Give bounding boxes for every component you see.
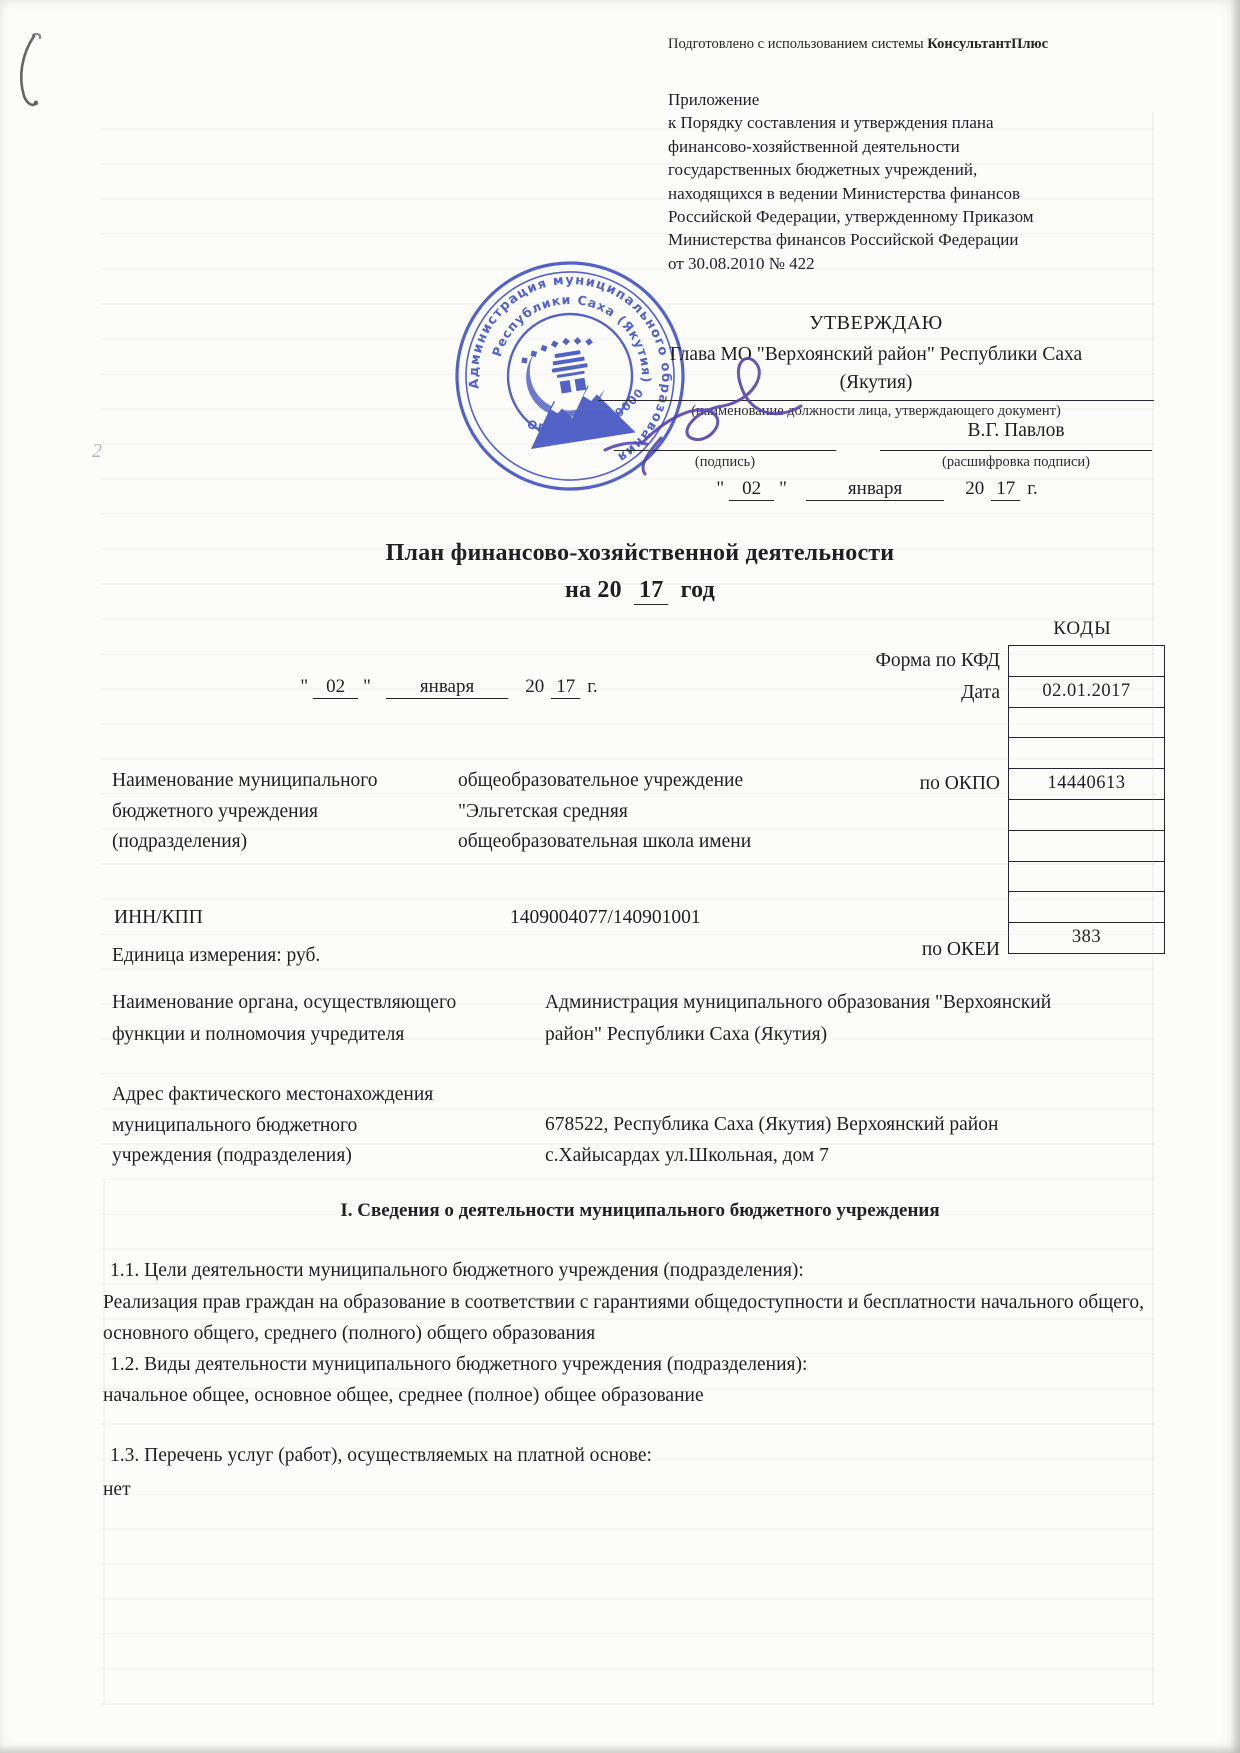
- form-date-year: 17: [551, 676, 580, 699]
- section1-p1-text: Реализация прав граждан на образование в…: [103, 1287, 1165, 1349]
- form-date-suffix: г.: [587, 676, 597, 698]
- approval-date: " 02 " января 20 17 г.: [628, 478, 1128, 501]
- label-line: Адрес фактического местонахождения: [112, 1080, 512, 1111]
- institution-name-value: общеобразовательное учреждение "Эльгетск…: [458, 766, 798, 858]
- name-line: [880, 450, 1152, 451]
- codes-table: 02.01.2017 14440613 383: [1008, 645, 1165, 954]
- bleed-line: [100, 1073, 1156, 1075]
- quote: ": [300, 676, 308, 698]
- bleed-line: [100, 1423, 1156, 1425]
- watermark: Подготовлено с использованием системы Ко…: [668, 36, 1048, 53]
- section1-p3-label: 1.3. Перечень услуг (работ), осуществляе…: [110, 1440, 1170, 1471]
- appendix-line: Российской Федерации, утвержденному Прик…: [668, 205, 1034, 228]
- watermark-prefix: Подготовлено с использованием системы: [668, 36, 924, 52]
- approval-date-suffix: г.: [1027, 478, 1037, 500]
- bleed-line: [100, 1598, 1156, 1600]
- founder-value: Администрация муниципального образования…: [545, 987, 1155, 1051]
- label-okpo: по ОКПО: [800, 773, 1000, 795]
- bleed-line: [100, 863, 1156, 865]
- quote: ": [779, 478, 787, 500]
- document-title-year: на 20 17 год: [120, 577, 1160, 605]
- approval-date-day: 02: [729, 478, 774, 501]
- bleed-line: [100, 1178, 1156, 1180]
- quote: ": [716, 478, 724, 500]
- value-line: район" Республики Саха (Якутия): [545, 1019, 1155, 1051]
- value-line: 678522, Республика Саха (Якутия) Верхоян…: [545, 1110, 1125, 1141]
- appendix-line: финансово-хозяйственной деятельности: [668, 135, 1034, 158]
- title-year: 17: [634, 577, 668, 605]
- bleed-line: [100, 1633, 1156, 1635]
- bleed-line: [100, 758, 1156, 760]
- staple-mark: [14, 30, 50, 118]
- bleed-vertical-line: [103, 1180, 105, 1705]
- appendix-line: Приложение: [668, 88, 1034, 111]
- form-date-month: января: [386, 676, 508, 699]
- appendix-line: к Порядку составления и утверждения план…: [668, 111, 1034, 134]
- label-line: муниципального бюджетного: [112, 1111, 512, 1142]
- name-caption: (расшифровка подписи): [880, 454, 1152, 471]
- approval-date-year: 17: [991, 478, 1020, 501]
- label-line: (подразделения): [112, 827, 457, 858]
- scanned-document-page: 2 Подготовлено с использованием системы …: [0, 0, 1240, 1753]
- form-date-day: 02: [313, 676, 358, 699]
- address-value: 678522, Республика Саха (Якутия) Верхоян…: [545, 1110, 1125, 1171]
- value-line: Администрация муниципального образования…: [545, 987, 1155, 1019]
- title-year-suffix: год: [681, 577, 715, 603]
- appendix-block: Приложение к Порядку составления и утвер…: [668, 88, 1034, 275]
- codes-cell-kfd: [1009, 646, 1164, 676]
- codes-heading: КОДЫ: [1005, 618, 1160, 640]
- bleed-line: [100, 723, 1156, 725]
- value-line: общеобразовательное учреждение: [458, 766, 798, 797]
- label-line: Наименование органа, осуществляющего: [112, 987, 532, 1019]
- page-edge-shadow: [1230, 0, 1240, 1753]
- document-title: План финансово-хозяйственной деятельност…: [120, 540, 1160, 567]
- codes-cell: [1009, 799, 1164, 830]
- codes-cell: [1009, 891, 1164, 922]
- section1-heading: I. Сведения о деятельности муниципальног…: [120, 1200, 1160, 1222]
- label-date: Дата: [800, 682, 1000, 704]
- form-date-year-prefix: 20: [525, 676, 544, 698]
- inn-kpp-label: ИНН/КПП: [114, 903, 203, 934]
- approval-date-year-prefix: 20: [965, 478, 984, 500]
- form-date: " 02 " января 20 17 г.: [300, 676, 600, 699]
- approval-date-month: января: [806, 478, 944, 501]
- codes-cell: [1009, 737, 1164, 768]
- codes-cell-okpo: 14440613: [1009, 768, 1164, 799]
- bleed-line: [100, 898, 1156, 900]
- codes-cell-okei: 383: [1009, 922, 1164, 953]
- bleed-line: [100, 1563, 1156, 1565]
- section1-p2-label: 1.2. Виды деятельности муниципального бю…: [110, 1349, 1170, 1380]
- unit-label: Единица измерения: руб.: [112, 941, 320, 972]
- label-line: бюджетного учреждения: [112, 797, 457, 828]
- codes-cell: [1009, 830, 1164, 861]
- handwritten-signature: [595, 346, 825, 478]
- label-form-kfd: Форма по КФД: [800, 650, 1000, 672]
- founder-label: Наименование органа, осуществляющего фун…: [112, 987, 532, 1051]
- approval-heading: УТВЕРЖДАЮ: [598, 312, 1154, 335]
- bleed-line: [100, 1703, 1156, 1705]
- institution-name-label: Наименование муниципального бюджетного у…: [112, 766, 457, 858]
- value-line: с.Хайысардах ул.Школьная, дом 7: [545, 1141, 1125, 1172]
- margin-note: 2: [92, 440, 102, 463]
- label-line: функции и полномочия учредителя: [112, 1019, 532, 1051]
- section1-p3-text: нет: [103, 1474, 1163, 1505]
- watermark-brand: КонсультантПлюс: [927, 36, 1048, 52]
- inn-kpp-value: 1409004077/140901001: [510, 903, 701, 934]
- codes-cell-date: 02.01.2017: [1009, 676, 1164, 707]
- section1-p1-label: 1.1. Цели деятельности муниципального бю…: [110, 1255, 1170, 1286]
- value-line: "Эльгетская средняя: [458, 797, 798, 828]
- bleed-line: [100, 513, 1156, 515]
- address-label: Адрес фактического местонахождения муниц…: [112, 1080, 512, 1172]
- appendix-line: от 30.08.2010 № 422: [668, 252, 1034, 275]
- codes-cell: [1009, 861, 1164, 892]
- appendix-line: находящихся в ведении Министерства финан…: [668, 182, 1034, 205]
- signatory-name: В.Г. Павлов: [880, 420, 1152, 442]
- section1-p2-text: начальное общее, основное общее, среднее…: [103, 1380, 1163, 1411]
- bleed-line: [100, 1528, 1156, 1530]
- codes-cell: [1009, 707, 1164, 738]
- bleed-line: [100, 1248, 1156, 1250]
- label-okei: по ОКЕИ: [800, 939, 1000, 961]
- bleed-line: [100, 1668, 1156, 1670]
- appendix-line: государственных бюджетных учреждений,: [668, 158, 1034, 181]
- title-year-prefix: на 20: [565, 577, 622, 603]
- quote: ": [363, 676, 371, 698]
- label-line: Наименование муниципального: [112, 766, 457, 797]
- page-edge-shadow: [0, 1745, 1240, 1753]
- bleed-line: [100, 618, 1156, 620]
- label-line: учреждения (подразделения): [112, 1141, 512, 1172]
- value-line: общеобразовательная школа имени: [458, 827, 798, 858]
- appendix-line: Министерства финансов Российской Федерац…: [668, 228, 1034, 251]
